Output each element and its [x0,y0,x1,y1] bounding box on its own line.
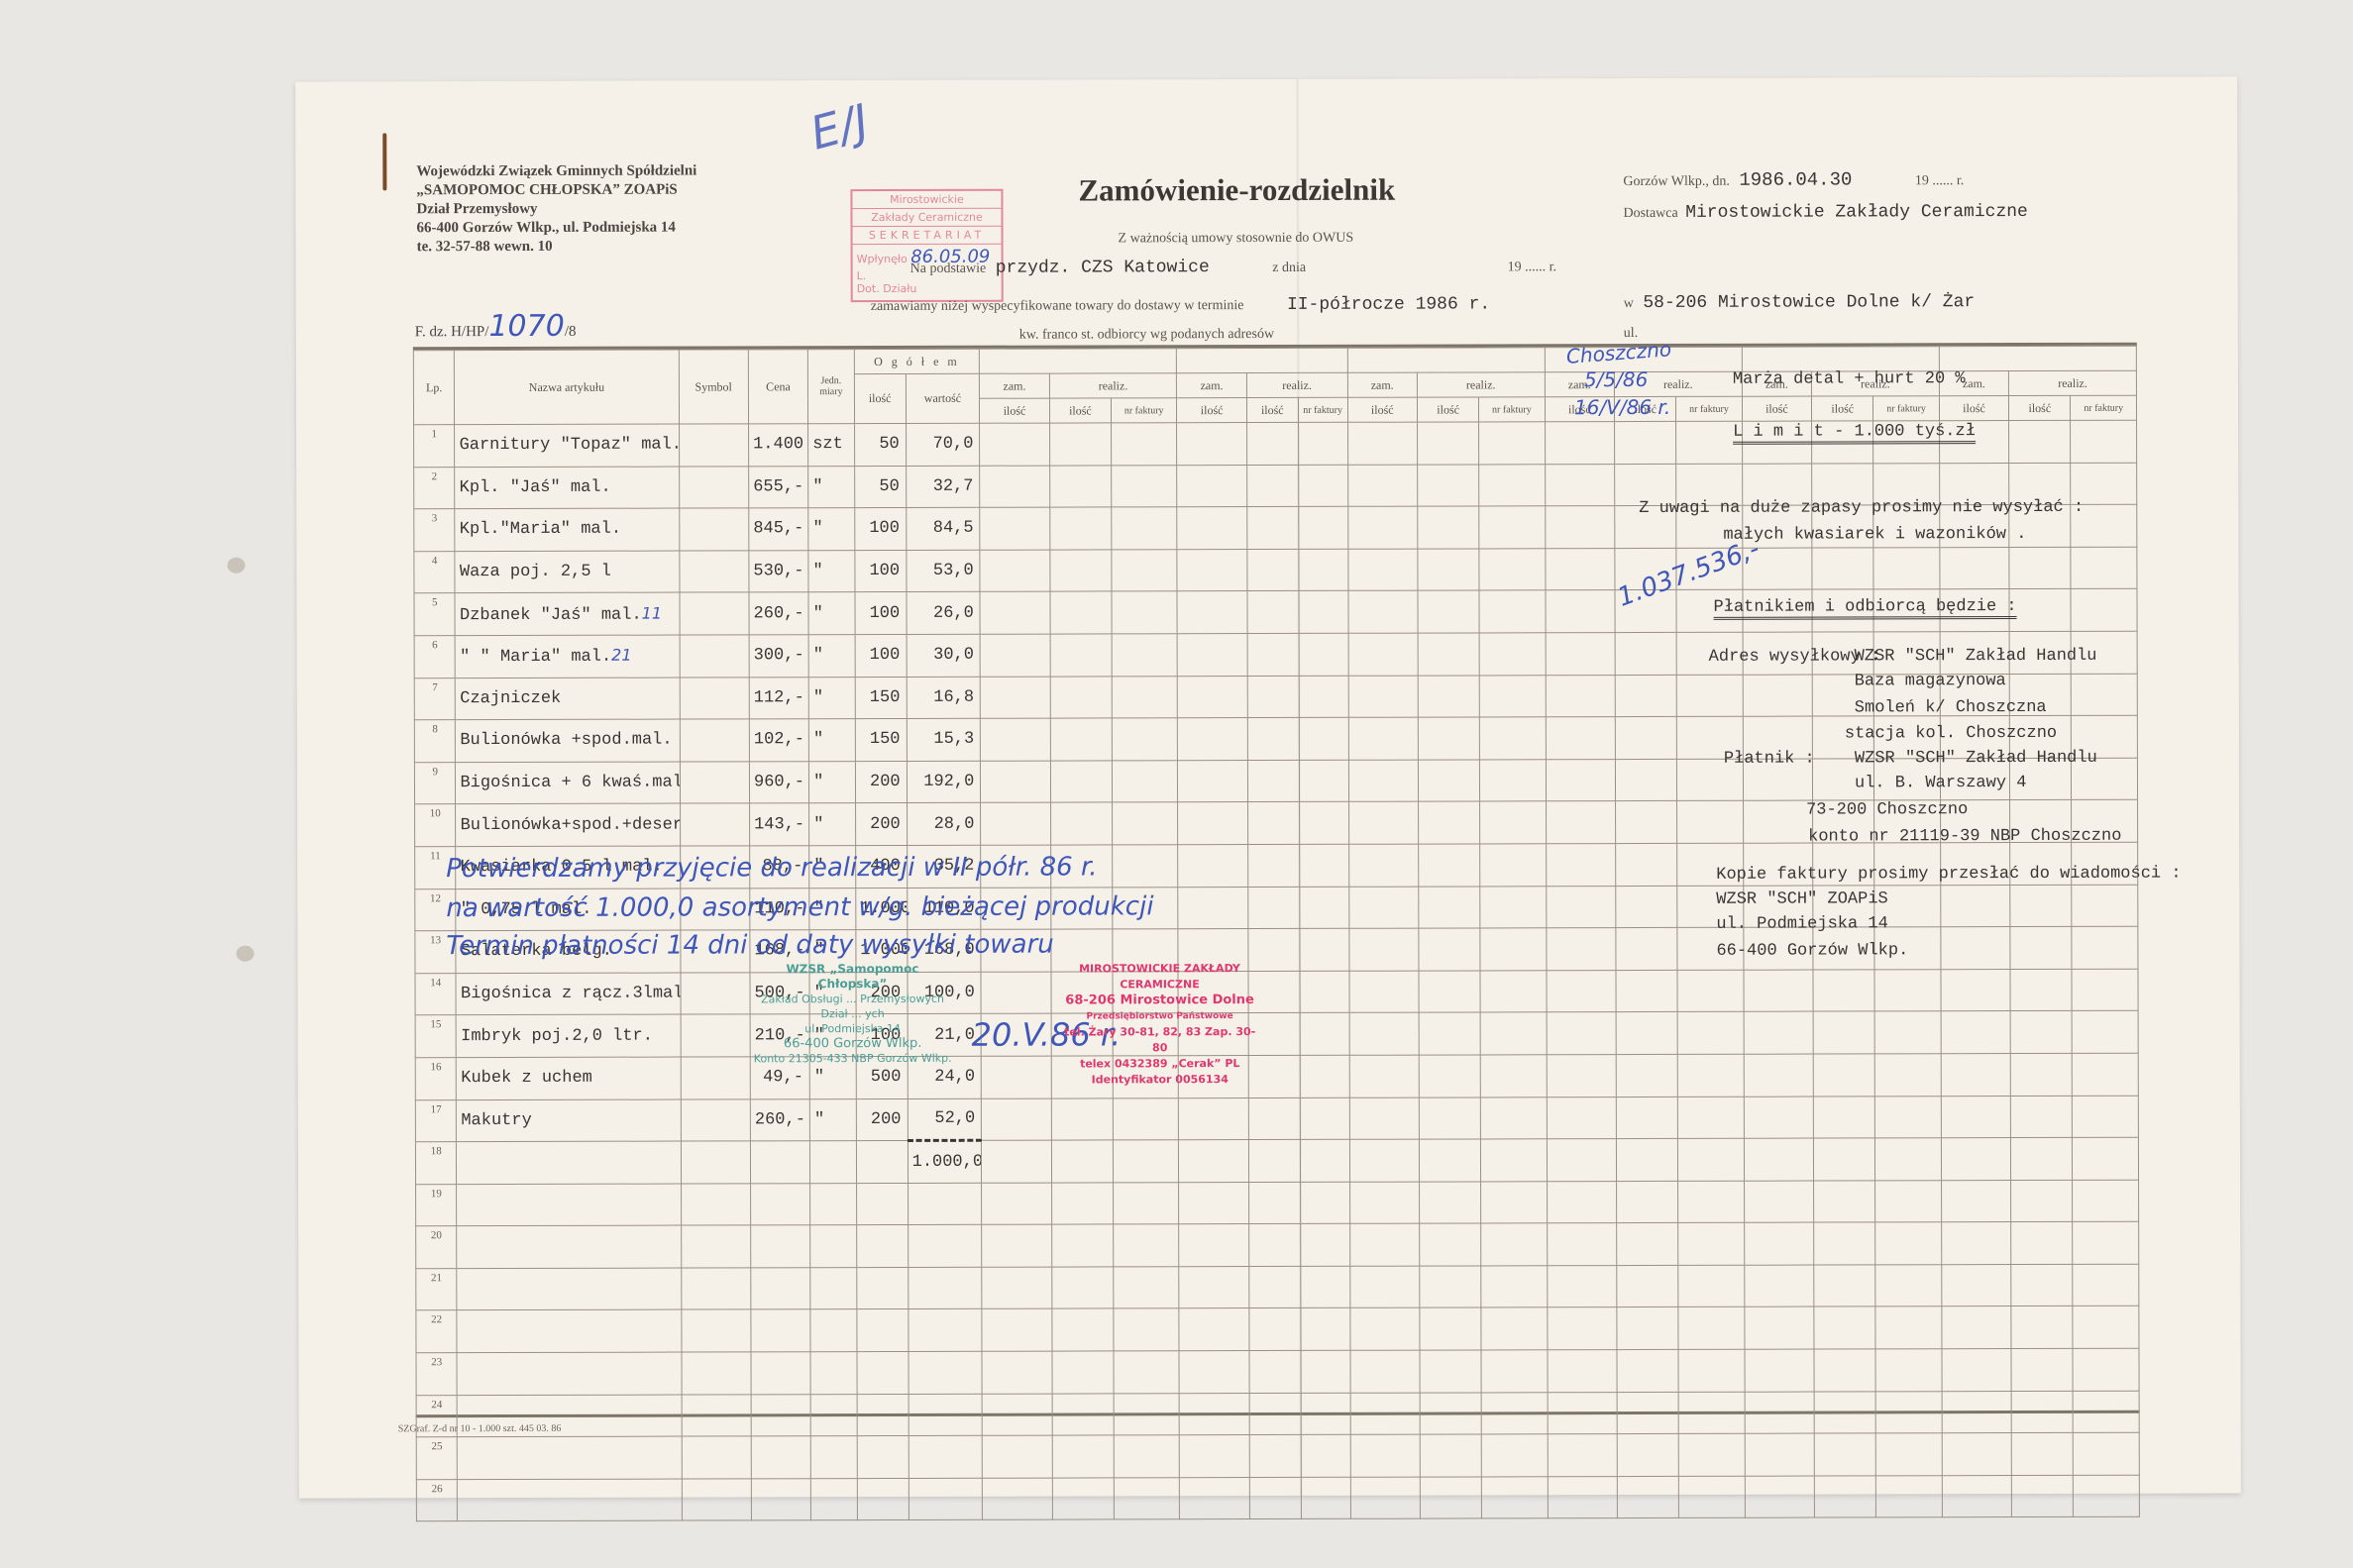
row-number: 14 [415,973,457,1015]
realization-cell [1348,717,1419,760]
realization-cell [1418,465,1479,507]
table-row: 4Waza poj. 2,5 l530,-"10053,0 [414,547,2137,593]
realization-cell [1299,591,1348,634]
realization-cell [1301,1393,1350,1435]
value-cell: 53,0 [906,550,980,592]
realization-cell [1479,464,1545,506]
realization-cell [1299,887,1348,929]
header-qty: ilość [854,373,906,423]
realization-cell [1941,1096,2011,1138]
realization-cell [1616,970,1677,1012]
unit-cell [810,1394,857,1436]
realization-cell [1349,1098,1420,1140]
quantity-cell: 200 [855,761,907,803]
realization-cell [980,634,1050,677]
realization-cell [1178,676,1248,718]
realization-cell [1247,802,1299,845]
price-cell: 300,- [749,635,808,678]
value-cell [909,1478,983,1520]
realization-cell [1615,421,1676,464]
realization-cell [1112,718,1177,761]
realization-cell [1113,802,1178,845]
realization-cell [1419,801,1480,844]
realization-cell [1177,591,1247,634]
realization-cell [1617,1139,1678,1182]
symbol-cell [681,1141,751,1184]
realization-cell [1547,1054,1617,1097]
quantity-cell [856,1183,908,1225]
realization-cell [1546,590,1616,633]
realization-cell [1248,1140,1300,1183]
realization-cell [1940,547,2010,589]
article-name [457,1225,681,1268]
stock-note-line-2: małych kwasiarek i wazoników . [1723,525,2026,545]
realization-cell [1418,760,1479,802]
table-row: 21 [416,1264,2139,1310]
realization-cell [2073,1348,2139,1391]
realization-cell [1347,590,1418,633]
header-symbol: Symbol [679,350,749,424]
margin-note: Marża detal + hurt 20 % [1733,369,1966,389]
realization-cell [1481,1181,1547,1223]
realization-cell [1482,1477,1548,1519]
realization-cell [1678,1223,1744,1266]
realization-cell [1114,1393,1179,1435]
realization-cell [1247,718,1299,761]
realization-cell [1481,1223,1547,1266]
unit-cell: " [808,677,855,719]
symbol-cell [680,762,750,804]
table-row: 20 [416,1221,2139,1268]
row-number: 10 [415,804,457,847]
realization-cell [1941,1180,2011,1222]
realization-cell [1050,802,1112,845]
realization-cell [1249,1477,1301,1519]
realization-cell [1349,1182,1420,1224]
realization-cell [980,466,1050,508]
realization-cell [1299,676,1348,718]
symbol-cell [679,592,749,635]
realization-cell [1418,676,1479,718]
realization-cell [2072,885,2138,927]
realization-cell [2073,1096,2139,1138]
handwritten-confirmation-1: Potwierdzamy przyjęcie do realizacji w I… [446,852,1097,884]
realization-cell [2012,1475,2074,1517]
row-number: 16 [415,1058,457,1100]
realization-cell [1114,1308,1179,1351]
realization-cell [1875,1054,1941,1097]
value-cell: 26,0 [907,592,981,635]
realization-cell [1420,1350,1481,1393]
realization-cell [2009,589,2071,632]
realization-cell [1300,1139,1349,1182]
realization-cell [1348,928,1419,971]
realization-cell [1545,422,1615,465]
quantity-cell: 100 [855,592,907,635]
row-number: 18 [415,1142,457,1185]
supplier-city: 58-206 Mirostowice Dolne k/ Żar [1643,292,1975,313]
handwritten-date-1: 5/5/86 [1584,367,1648,391]
realization-cell [2011,1264,2073,1307]
organization-header: Wojewódzki Związek Gminnych Spółdzielni … [416,162,696,258]
unit-cell [810,1436,857,1479]
delivery-term: II-półrocze 1986 r. [1287,294,1490,315]
price-cell [751,1183,810,1225]
realization-cell [2011,1307,2073,1349]
realization-cell [981,677,1051,719]
quantity-cell: 50 [854,423,906,466]
quantity-cell [857,1267,909,1309]
article-name: Bigośnica z rącz.3lmal. [456,973,680,1015]
realization-cell [1050,550,1112,592]
realization-cell [1177,465,1247,507]
article-name [457,1141,681,1184]
realization-cell [1617,1265,1678,1307]
realization-cell [982,1056,1052,1098]
realization-cell [1349,1266,1420,1308]
table-row: 24 [416,1391,2139,1437]
realization-cell [1050,676,1112,718]
handwritten-note: 21 [611,646,631,665]
payer-label: Płatnik : [1724,750,1815,769]
realization-cell [1814,1307,1875,1349]
article-name [457,1310,681,1353]
table-row: 22 [416,1307,2139,1353]
shipping-line: Baza magazynowa [1855,672,2006,690]
basis-value: przydz. CZS Katowice [996,258,1210,278]
realization-cell [1301,1435,1350,1478]
realization-cell [1178,802,1248,845]
row-number: 2 [414,467,456,509]
row-number: 1 [414,425,456,468]
realization-cell [1615,717,1676,760]
realization-cell [980,591,1050,634]
row-number: 19 [416,1184,458,1226]
realization-cell [1247,465,1299,507]
realization-cell [1249,1435,1301,1478]
realization-cell [1420,1223,1481,1266]
realization-cell [1178,760,1248,802]
realization-cell [1419,886,1480,928]
realization-cell [1179,1266,1249,1308]
realization-cell [1052,1478,1114,1520]
supplier-row: Dostawca Mirostowickie Zakłady Ceramiczn… [1623,202,2027,223]
realization-cell [1112,550,1177,592]
value-cell [909,1436,983,1479]
unit-cell: " [808,719,855,762]
unit-cell: " [808,466,855,508]
wzsr-stamp: WZSR „Samopomoc Chłopska” Zakład Obsługi… [753,962,951,1067]
realization-cell [1178,718,1248,761]
table-row: 181.000,0 [415,1137,2138,1184]
article-name [457,1352,681,1395]
realization-cell [2010,969,2072,1011]
article-name [458,1479,682,1521]
realization-cell [1875,1180,1941,1222]
realization-cell [1480,886,1546,928]
table-body: 1Garnitury "Topaz" mal.1.400szt5070,02Kp… [414,420,2140,1521]
realization-cell [1247,549,1299,591]
realization-cell [1547,1307,1617,1350]
realization-cell [980,550,1050,592]
realization-cell [1616,759,1677,801]
realization-cell [1112,507,1177,550]
price-cell: 655,- [749,466,808,508]
realization-cell [2074,1391,2140,1433]
realization-cell [1179,1140,1249,1183]
realization-cell [1745,1349,1815,1392]
realization-cell [1744,1138,1814,1181]
quantity-cell: 200 [855,803,907,846]
realization-cell [1348,760,1419,802]
realization-cell [1299,717,1348,760]
row-number: 4 [414,551,456,593]
realization-cell [1814,1476,1875,1518]
realization-cell [1745,1392,1815,1434]
value-cell: 16,8 [907,677,981,719]
realization-cell [1479,506,1545,549]
realization-cell [980,507,1050,550]
realization-cell [1350,1393,1421,1435]
realization-cell [1348,801,1419,844]
realization-cell [1678,1307,1744,1350]
realization-cell [1481,1307,1547,1350]
realization-cell [1617,1181,1678,1223]
symbol-cell [681,1225,751,1268]
realization-cell [1179,1351,1249,1394]
realization-cell [1744,1181,1814,1223]
quantity-cell: 50 [854,466,906,508]
unit-cell: " [808,592,855,635]
quantity-cell [857,1309,909,1352]
realization-cell [2074,1475,2140,1517]
realization-cell [1420,1434,1481,1477]
print-info: SZGraf. Z-d nr 10 - 1.000 szt. 445 03. 8… [398,1423,562,1434]
price-cell [750,1141,809,1184]
realization-cell [1112,634,1177,677]
realization-cell [2011,1348,2073,1391]
price-cell [751,1479,810,1521]
realization-cell [1814,1138,1875,1181]
price-cell: 260,- [750,1098,809,1141]
value-cell: 192,0 [907,761,981,803]
realization-cell [982,1183,1052,1225]
realization-cell [1418,590,1479,633]
realization-cell [1347,549,1418,591]
realization-cell [1617,1476,1678,1518]
realization-cell [1419,928,1480,971]
realization-cell [1247,507,1299,550]
document-number: F. dz. H/HP/1070/8 [415,309,577,344]
realization-cell [1248,844,1300,887]
price-cell [751,1309,810,1352]
document-title: Zamówienie-rozdzielnik [1078,172,1395,209]
realization-cell [1298,506,1347,549]
row-number: 3 [414,509,456,552]
quantity-cell: 100 [855,550,907,592]
realization-cell [1178,887,1248,929]
realization-cell [1049,423,1111,466]
realization-cell [1876,1433,1942,1476]
realization-cell [1052,1308,1114,1351]
realization-cell [1300,1013,1349,1056]
realization-cell [1418,633,1479,676]
realization-cell [1052,1435,1114,1478]
org-line: Dział Przemysłowy [416,200,696,220]
header-value: wartość [906,373,980,423]
unit-cell: " [808,550,855,592]
realization-cell [1677,1012,1743,1055]
realization-cell [1419,1012,1480,1055]
unit-cell: " [808,635,855,678]
realization-cell [1177,507,1247,550]
realization-cell [1545,506,1615,549]
secretariat-stamp: Mirostowickie Zakłady Ceramiczne SEKRETA… [850,189,1003,302]
table-row: 23 [416,1348,2139,1395]
symbol-cell [681,1352,751,1395]
copy-line: 66-400 Gorzów Wlkp. [1716,941,1908,961]
realization-cell [1348,676,1419,718]
realization-cell [1419,1055,1480,1098]
realization-cell [1480,801,1546,844]
realization-cell [1676,675,1742,717]
unit-cell: " [809,761,856,803]
realization-cell [1813,1054,1874,1097]
realization-cell [1677,801,1743,844]
realization-cell [1249,1393,1301,1435]
price-cell: 102,- [749,719,808,762]
realization-cell [1678,1138,1744,1181]
header-name: Nazwa artykułu [455,350,679,425]
table-row: 19 [416,1180,2139,1226]
realization-cell [1812,548,1873,590]
realization-cell [1179,1224,1249,1267]
realization-cell [1617,1349,1678,1392]
realization-cell [1743,675,1813,717]
symbol-cell [681,1014,751,1057]
realization-cell [1813,1011,1874,1054]
realization-cell [1678,1349,1744,1392]
realization-cell [1547,1012,1617,1055]
value-cell: 15,3 [907,718,981,761]
stock-note-line-1: Z uwagi na duże zapasy prosimy nie wysył… [1639,498,2084,518]
realization-cell [1347,465,1418,507]
header-unit: Jedn. miary [807,350,854,424]
realization-cell [982,1351,1052,1394]
value-cell: 28,0 [907,803,981,846]
symbol-cell [680,719,750,762]
value-cell: 30,0 [907,634,981,677]
realization-cell [1814,1265,1875,1307]
realization-cell [1179,1308,1249,1351]
unit-cell [810,1267,857,1309]
realization-cell [1942,1307,2012,1349]
article-name: " " Maria" mal.21 [456,635,680,678]
realization-cell [1300,971,1349,1013]
realization-cell [1420,1477,1481,1519]
payer-city: 73-200 Choszczno [1806,800,1968,819]
article-name: Makutry [457,1099,681,1142]
realization-cell [1678,1097,1744,1139]
value-cell [909,1394,983,1436]
realization-cell [1617,1307,1678,1350]
realization-cell [1480,1055,1546,1098]
row-number: 23 [416,1353,458,1396]
realization-cell [1249,1308,1301,1351]
realization-cell [1481,1392,1547,1434]
realization-cell [1480,970,1546,1012]
realization-cell [982,1394,1052,1436]
realization-cell [1678,1181,1744,1223]
realization-cell [1743,800,1813,843]
realization-cell [1349,1308,1420,1351]
realization-cell [981,718,1051,761]
realization-cell [1941,1264,2011,1307]
realization-cell [1548,1392,1618,1434]
article-name: Waza poj. 2,5 l [455,551,679,593]
realization-cell [1479,549,1545,591]
symbol-cell [681,1184,751,1226]
realization-cell [1874,1011,1940,1054]
realization-cell [1480,844,1546,887]
price-cell [751,1436,810,1479]
realization-cell [1546,717,1616,760]
realization-cell [1481,1350,1547,1393]
realization-cell [1298,465,1347,507]
realization-cell [1113,845,1178,888]
article-name [457,1184,681,1226]
realization-cell [2010,885,2072,927]
realization-cell [1814,1392,1875,1434]
realization-cell [1546,675,1616,717]
realization-cell [2073,1137,2139,1180]
realization-cell [1113,1098,1178,1140]
realization-cell [2009,420,2071,463]
realization-cell [1349,1055,1420,1098]
realization-cell [2009,547,2071,589]
realization-cell [1679,1476,1745,1518]
realization-cell [1480,928,1546,971]
unit-cell: " [809,803,856,846]
realization-cell [1052,1267,1114,1309]
realization-cell [1545,464,1615,506]
punch-hole [236,946,254,962]
realization-cell [1875,1138,1941,1181]
realization-cell [1616,1012,1677,1055]
order-form-document: Wojewódzki Związek Gminnych Spółdzielni … [295,76,2241,1498]
realization-cell [2072,926,2138,969]
price-cell [751,1225,810,1268]
realization-cell [2073,1264,2139,1307]
value-cell: 1.000,0 [908,1140,982,1183]
payer-line: WZSR "SCH" Zakład Handlu [1855,749,2097,769]
unit-cell [810,1352,857,1395]
realization-cell [1348,844,1419,887]
document-number-value: 1070 [488,309,564,344]
quantity-cell: 200 [856,1098,908,1141]
realization-cell [1547,1223,1617,1266]
realization-cell [1349,1012,1420,1055]
value-cell: 52,0 [908,1098,982,1141]
realization-cell [1177,423,1247,466]
realization-cell [1420,1266,1481,1308]
realization-cell [1744,1097,1814,1139]
row-number: 15 [415,1015,457,1058]
quantity-cell [857,1352,909,1395]
table-row: 26 [416,1475,2139,1521]
realization-cell [1299,549,1348,591]
handwritten-confirmation-3: Termin płatności 14 dni od daty wysyłki … [446,930,1053,962]
